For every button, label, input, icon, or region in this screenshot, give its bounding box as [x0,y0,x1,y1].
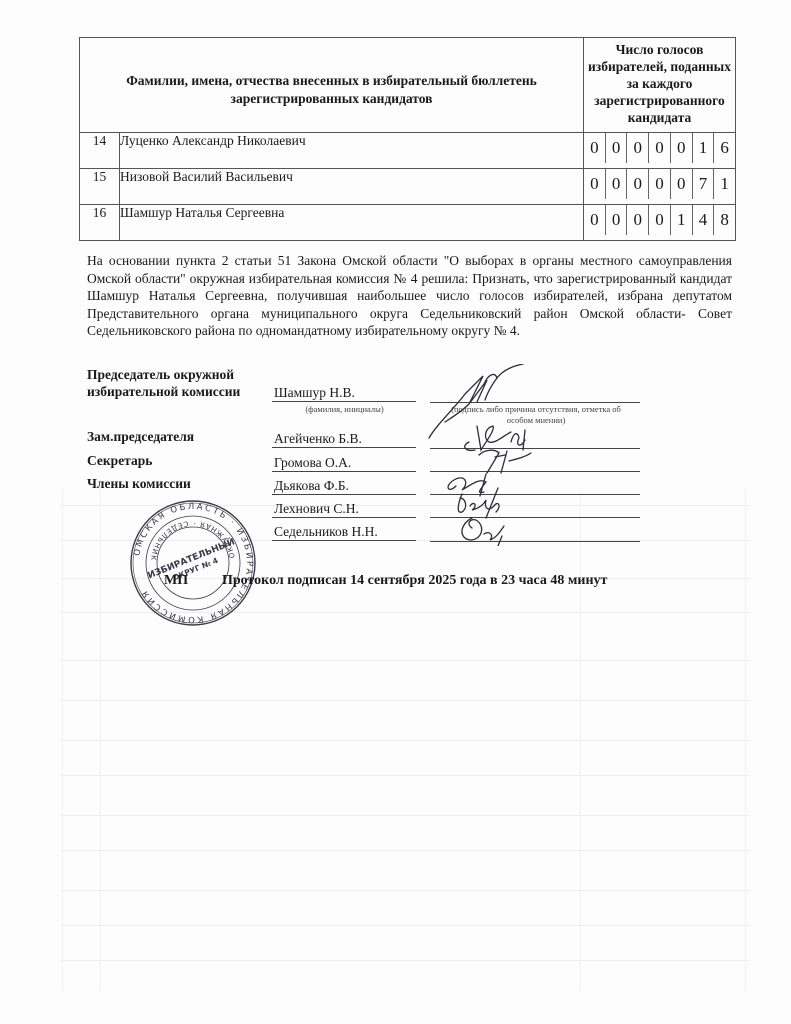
vote-count: 0000148 [584,205,736,241]
chairman-name: Шамшур Н.В. [272,384,416,402]
deputy-label: Зам.председателя [87,428,194,445]
commission-stamp-icon: ОМСКАЯ ОБЛАСТЬ · ИЗБИРАТЕЛЬНАЯ КОМИССИЯ … [128,498,258,628]
vote-digit: 0 [626,133,648,163]
vote-digit: 8 [713,205,735,235]
secretary-label: Секретарь [87,452,152,469]
header-candidates: Фамилии, имена, отчества внесенных в изб… [80,38,584,133]
row-number: 15 [80,169,120,205]
vote-digit: 0 [584,205,605,235]
vote-digit: 0 [605,169,627,199]
row-number: 16 [80,205,120,241]
signed-timestamp: Протокол подписан 14 сентября 2025 года … [222,573,607,589]
vote-digit: 0 [584,133,605,163]
member-name: Седельников Н.Н. [272,523,416,541]
vote-digit: 0 [626,169,648,199]
vote-digit: 1 [670,205,692,235]
secretary-name: Громова О.А. [272,454,416,472]
member-signature-icon [450,510,520,546]
candidate-name: Луценко Александр Николаевич [120,133,584,169]
vote-digit: 0 [626,205,648,235]
vote-digit: 0 [605,205,627,235]
vote-digit: 0 [648,205,670,235]
vote-digit: 0 [648,169,670,199]
chairman-label-line1: Председатель окружной [87,366,240,383]
chairman-label-line2: избирательной комиссии [87,383,240,400]
decision-paragraph: На основании пункта 2 статьи 51 Закона О… [87,252,732,340]
vote-digit: 0 [605,133,627,163]
vote-digit: 4 [692,205,714,235]
vote-digit: 7 [692,169,714,199]
member-name: Лехнович С.Н. [272,500,416,518]
vote-digit: 0 [584,169,605,199]
vote-digit: 6 [713,133,735,163]
deputy-name: Агейченко Б.В. [272,430,416,448]
table-header: Фамилии, имена, отчества внесенных в изб… [80,38,736,133]
candidate-name: Низовой Василий Васильевич [120,169,584,205]
vote-digit: 0 [670,133,692,163]
vote-digit: 1 [713,169,735,199]
candidate-name: Шамшур Наталья Сергеевна [120,205,584,241]
vote-digit: 1 [692,133,714,163]
seal-place-label: МП [164,573,188,589]
table-row: 15 Низовой Василий Васильевич 0000071 [80,169,736,205]
protocol-page: Фамилии, имена, отчества внесенных в изб… [0,0,791,1024]
vote-count: 0000016 [584,133,736,169]
header-votes: Число голосов избирателей, поданных за к… [584,38,736,133]
row-number: 14 [80,133,120,169]
member-name: Дьякова Ф.Б. [272,477,416,495]
chairman-label: Председатель окружной избирательной коми… [87,366,240,400]
members-label: Члены комиссии [87,475,191,492]
table-row: 14 Луценко Александр Николаевич 0000016 [80,133,736,169]
name-caption: (фамилия, инициалы) [272,404,417,414]
vote-count: 0000071 [584,169,736,205]
vote-digit: 0 [648,133,670,163]
results-table: Фамилии, имена, отчества внесенных в изб… [79,37,736,241]
table-row: 16 Шамшур Наталья Сергеевна 0000148 [80,205,736,241]
vote-digit: 0 [670,169,692,199]
